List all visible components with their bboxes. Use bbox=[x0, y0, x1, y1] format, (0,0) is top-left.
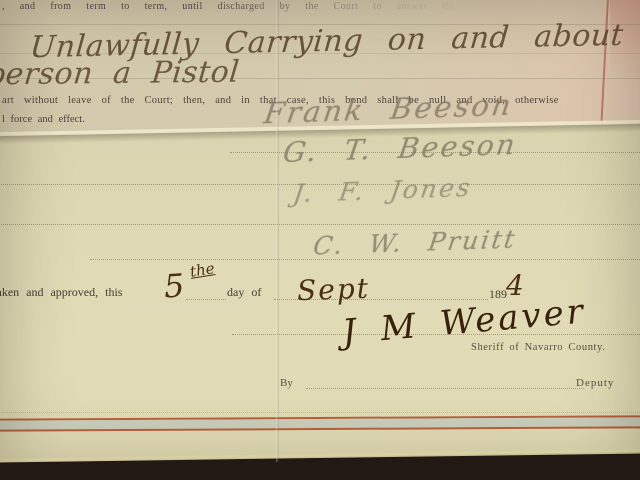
ruled-dotted-line bbox=[90, 259, 640, 260]
handwritten-month: Sept bbox=[296, 272, 370, 308]
handwritten-charge-line: person a Pistol bbox=[0, 55, 241, 93]
surety-signature: J. F. Jones bbox=[291, 173, 474, 208]
dotted-leader-line bbox=[306, 388, 584, 389]
approval-day-of-text: day of bbox=[227, 285, 261, 300]
ruled-dotted-line bbox=[0, 224, 640, 225]
fold-crease bbox=[276, 0, 279, 462]
sheriff-title-text: Sheriff of Navarro County. bbox=[471, 342, 605, 353]
handwritten-day-suffix: the bbox=[189, 259, 216, 281]
by-label-text: By bbox=[280, 377, 293, 389]
approval-prefix-text: Taken and approved, this bbox=[0, 285, 122, 300]
surety-signature: C. W. Pruitt bbox=[311, 224, 519, 260]
deputy-label-text: Deputy bbox=[576, 377, 614, 389]
printed-term-clause-text: , and from term to term, until discharge… bbox=[2, 1, 456, 12]
upper-page-sheet: , and from term to term, until discharge… bbox=[0, 0, 640, 138]
bottom-ruled-border bbox=[0, 415, 640, 431]
lower-page-sheet: G. T. Beeson J. F. Jones C. W. Pruitt Ta… bbox=[0, 118, 640, 462]
ruled-dotted-line bbox=[0, 412, 640, 413]
printed-bond-clause-text: l force and effect. bbox=[2, 114, 85, 125]
handwritten-day: 5 bbox=[163, 266, 186, 305]
ruled-dotted-line bbox=[186, 299, 226, 300]
document-photo: G. T. Beeson J. F. Jones C. W. Pruitt Ta… bbox=[0, 0, 640, 480]
